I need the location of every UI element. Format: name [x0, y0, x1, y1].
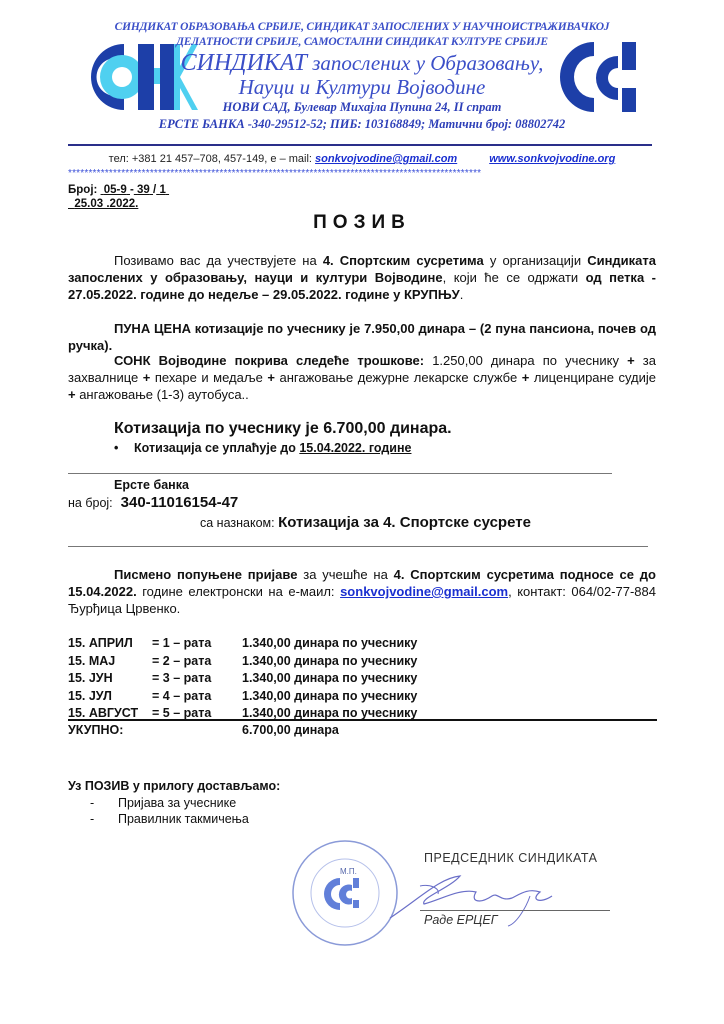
intro-paragraph: Позивамо вас да учествујете на 4. Спортс… — [68, 252, 656, 303]
header-divider — [68, 144, 652, 146]
bullet-icon: • — [114, 441, 134, 455]
reference-date: 25.03 .2022. — [68, 198, 138, 210]
bank-info: ЕРСТЕ БАНКА -340-29512-52; ПИБ: 10316884… — [0, 117, 724, 132]
account-label: на број: — [68, 496, 113, 510]
org-name: СИНДИКАТ запослених у Образовању, — [0, 50, 724, 77]
attachment-item: -Пријава за учеснике — [90, 796, 236, 810]
total-row: УКУПНО:6.700,00 динара — [68, 723, 568, 737]
signature-title: ПРЕДСЕДНИК СИНДИКАТА — [424, 851, 597, 865]
header-email-link[interactable]: sonkvojvodine@gmail.com — [315, 153, 457, 165]
contact-line: тел: +381 21 457–708, 457-149, е – mail:… — [0, 153, 724, 165]
total-label: УКУПНО: — [68, 723, 123, 737]
table-total-rule — [68, 719, 657, 721]
federation-line-2: ДЕЛАТНОСТИ СРБИЈЕ, САМОСТАЛНИ СИНДИКАТ К… — [0, 36, 724, 48]
divider-1 — [68, 473, 612, 474]
reference-label: Број: — [68, 184, 101, 196]
stamp-label: М.П. — [340, 867, 357, 876]
website-link[interactable]: www.sonkvojvodine.org — [489, 153, 615, 165]
bank-name: Ерсте банка — [114, 478, 189, 492]
org-name-rest: запослених у Образовању, — [307, 51, 543, 75]
ref-part-1: 05-9 — [104, 184, 127, 196]
account-row: на број:340-11016154-47 — [68, 494, 238, 511]
phone-text: тел: +381 21 457–708, 457-149, е – mail: — [109, 153, 315, 165]
attachments-title: Уз ПОЗИВ у прилогу достављамо: — [68, 779, 280, 793]
applications-paragraph: Писмено попуњене пријаве за учешће на 4.… — [68, 566, 656, 617]
ref-part-3: 1 — [159, 184, 165, 196]
divider-2 — [68, 546, 648, 547]
fee-deadline-bullet: •Котизација се уплаћује до 15.04.2022. г… — [114, 441, 411, 455]
federation-line-1: СИНДИКАТ ОБРАЗОВАЊА СРБИЈЕ, СИНДИКАТ ЗАП… — [0, 21, 724, 33]
org-name-bold: СИНДИКАТ — [181, 50, 307, 76]
signature-line — [420, 910, 610, 911]
total-amount: 6.700,00 динара — [242, 723, 339, 737]
purpose-text: Котизација за 4. Спортске сусрете — [278, 514, 531, 531]
org-name-line-2: Науци и Култури Војводине — [0, 75, 724, 100]
document-title: ПОЗИВ — [0, 212, 724, 234]
date-value: 25.03 .2022. — [74, 198, 138, 210]
purpose-row: са назнаком: Котизација за 4. Спортске с… — [200, 514, 531, 531]
reference-number: Број: 05-9 - 39 / 1 — [68, 184, 169, 196]
ref-part-2: 39 — [137, 184, 150, 196]
full-price-text: ПУНА ЦЕНА котизације по учеснику је 7.95… — [68, 320, 656, 354]
address: НОВИ САД, Булевар Михајла Пупина 24, II … — [0, 100, 724, 115]
coverage-paragraph: СОНК Војводине покрива следеће трошкове:… — [68, 352, 656, 403]
fee-headline: Котизација по учеснику је 6.700,00 динар… — [114, 420, 452, 438]
purpose-label: са назнаком: — [200, 516, 278, 530]
attachment-item: -Правилник такмичења — [90, 812, 249, 826]
stars-divider: ****************************************… — [68, 168, 648, 179]
applications-email-link[interactable]: sonkvojvodine@gmail.com — [340, 584, 508, 599]
account-number: 340-11016154-47 — [121, 494, 239, 511]
signature-name: Раде ЕРЦЕГ — [424, 913, 498, 927]
